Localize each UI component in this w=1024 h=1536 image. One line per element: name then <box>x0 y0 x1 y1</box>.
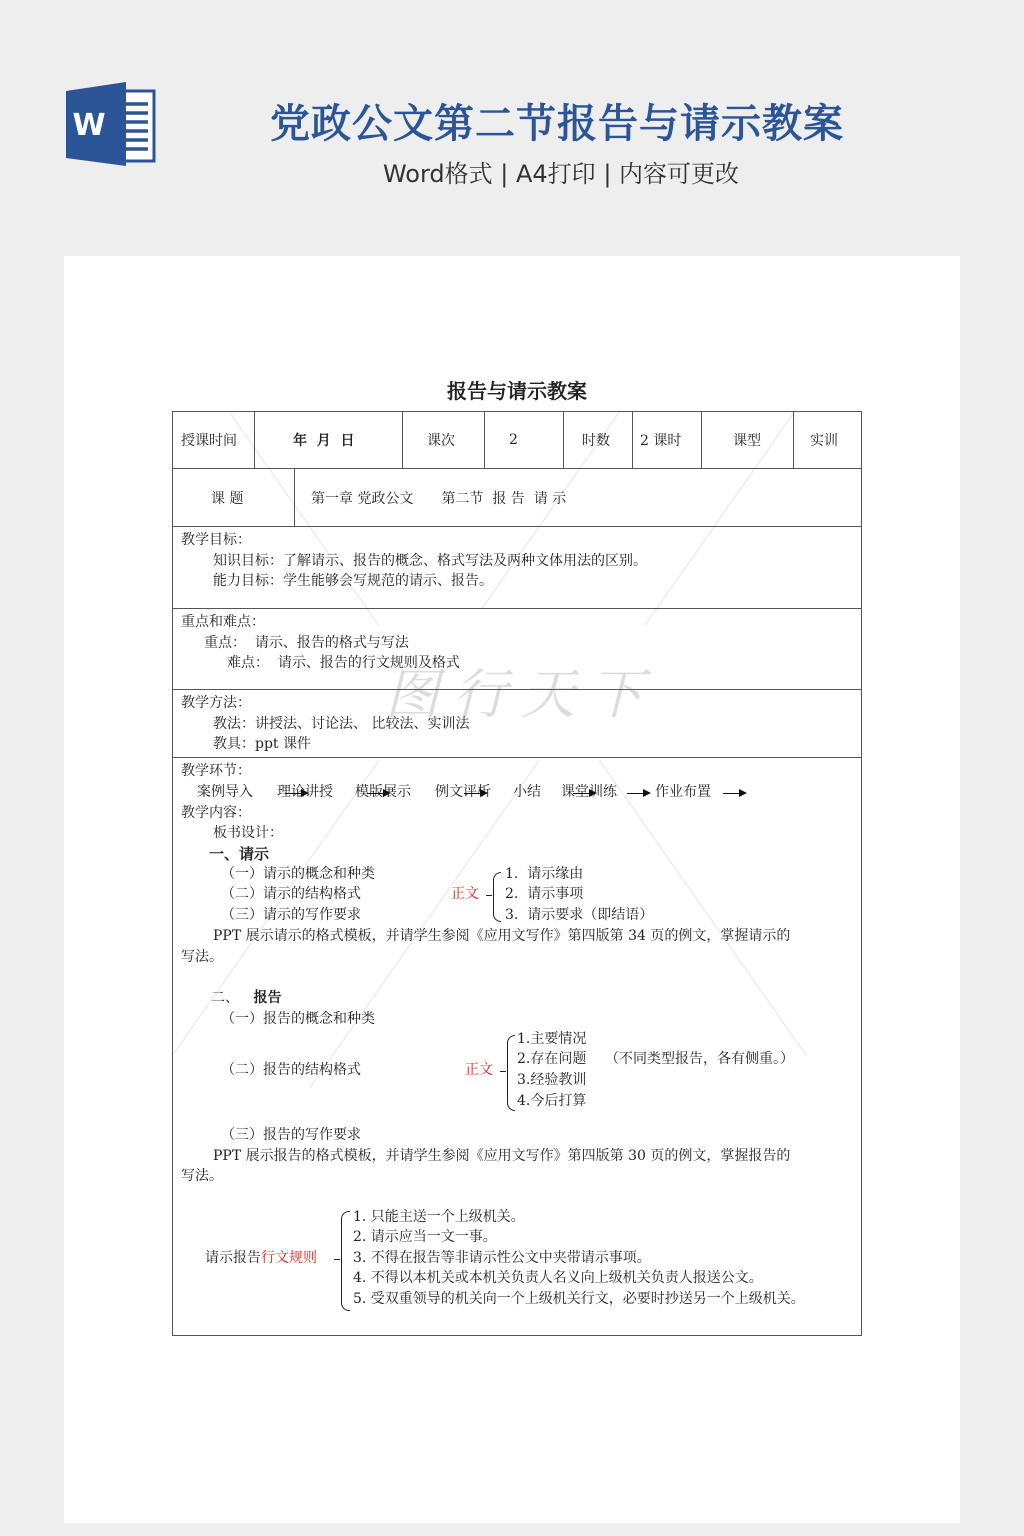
rule-item: 2. 请示应当一文一事。 <box>353 1227 497 1248</box>
difficult-point: 难点： 请示、报告的行文规则及格式 <box>181 653 853 674</box>
rules-label-red: 行文规则 <box>261 1250 317 1266</box>
rules-label-prefix: 请示报告 <box>205 1250 261 1266</box>
section2-body-item: 1.主要情况 <box>517 1029 586 1050</box>
section1-title: 一、请示 <box>181 844 853 865</box>
rule-item: 1. 只能主送一个上级机关。 <box>353 1207 525 1228</box>
arrow-icon <box>627 793 649 795</box>
topic-row: 课 题 第一章 党政公文 第二节 报 告 请 示 <box>173 469 861 527</box>
section2-title: 报告 <box>253 990 281 1006</box>
brace-tip <box>500 1071 506 1072</box>
key-points-heading: 重点和难点： <box>181 612 853 633</box>
teaching-tools: 教具：ppt 课件 <box>181 734 853 755</box>
topic-label: 课 题 <box>211 469 243 526</box>
section2-item: （二）报告的结构格式 <box>221 1060 361 1081</box>
objective-knowledge: 知识目标：了解请示、报告的概念、格式写法及两种文体用法的区别。 <box>181 551 853 572</box>
page-title: 党政公文第二节报告与请示教案 <box>0 92 1024 149</box>
hours-label: 时数 <box>582 412 610 468</box>
section1-note-cont: 写法。 <box>181 947 853 968</box>
hours-value: 2 课时 <box>640 412 681 468</box>
brace-icon <box>493 872 501 922</box>
section2-item: （三）报告的写作要求 <box>181 1125 853 1146</box>
brace-icon <box>341 1211 350 1311</box>
content-section: 教学环节： 案例导入 理论讲授 模版展示 例文评析 小结 课堂训练 作业布置 教… <box>173 758 861 1335</box>
process-flow: 案例导入 理论讲授 模版展示 例文评析 小结 课堂训练 作业布置 <box>181 782 853 803</box>
objectives-heading: 教学目标： <box>181 530 853 551</box>
arrow-icon <box>464 793 486 795</box>
section2-body-note: （不同类型报告，各有侧重。） <box>605 1049 794 1070</box>
arrow-icon <box>573 793 595 795</box>
brace-tip <box>486 895 492 896</box>
brace-icon <box>507 1035 515 1111</box>
section2-item: （一）报告的概念和种类 <box>181 1009 853 1030</box>
section2-note-cont: 写法。 <box>181 1166 853 1187</box>
time-label: 授课时间 <box>181 412 237 468</box>
arrow-icon <box>723 793 745 795</box>
time-value: 年 月 日 <box>293 412 355 468</box>
brace-tip <box>334 1259 340 1260</box>
content-heading: 教学内容： <box>181 803 853 824</box>
section1-body-item: 3. 请示要求（即结语） <box>505 905 653 926</box>
rule-item: 3. 不得在报告等非请示性公文中夹带请示事项。 <box>353 1248 651 1269</box>
session-label: 课次 <box>427 412 455 468</box>
section2-note: PPT 展示报告的格式模板，并请学生参阅《应用文写作》第四版第 30 页的例文，… <box>181 1146 853 1167</box>
page-subtitle: Word格式 | A4打印 | 内容可更改 <box>0 154 1024 189</box>
objective-ability: 能力目标：学生能够会写规范的请示、报告。 <box>181 571 853 592</box>
board-design-label: 板书设计： <box>181 823 853 844</box>
session-value: 2 <box>509 412 518 468</box>
methods-section: 教学方法： 教法：讲授法、讨论法、 比较法、实训法 教具：ppt 课件 <box>173 690 861 758</box>
section2-body-label: 正文 <box>465 1060 493 1081</box>
methods-heading: 教学方法： <box>181 693 853 714</box>
section2-num: 二、 <box>211 990 239 1006</box>
section1-body-item: 2. 请示事项 <box>505 884 583 905</box>
section2-body-item: 4.今后打算 <box>517 1091 586 1112</box>
arrow-icon <box>367 793 389 795</box>
rule-item: 4. 不得以本机关或本机关负责人名义向上级机关负责人报送公文。 <box>353 1268 763 1289</box>
arrow-icon <box>285 793 307 795</box>
section2-body-item: 3.经验教训 <box>517 1070 586 1091</box>
rules-label: 请示报告行文规则 <box>205 1248 317 1269</box>
rules-structure: 请示报告行文规则 1. 只能主送一个上级机关。 2. 请示应当一文一事。 3. … <box>181 1207 853 1317</box>
section1-item: （二）请示的结构格式 <box>221 884 361 905</box>
section1-item: （一）请示的概念和种类 <box>221 864 375 885</box>
process-heading: 教学环节： <box>181 761 853 782</box>
section2-title-row: 二、 报告 <box>181 988 853 1009</box>
section1-item: （三）请示的写作要求 <box>221 905 361 926</box>
key-points-section: 重点和难点： 重点： 请示、报告的格式与写法 难点： 请示、报告的行文规则及格式 <box>173 609 861 690</box>
type-value: 实训 <box>810 412 838 468</box>
teaching-methods: 教法：讲授法、讨论法、 比较法、实训法 <box>181 714 853 735</box>
key-point: 重点： 请示、报告的格式与写法 <box>181 633 853 654</box>
process-step: 案例导入 <box>197 782 253 803</box>
section2-body-item: 2.存在问题 <box>517 1049 586 1070</box>
rule-item: 5. 受双重领导的机关向一个上级机关行文，必要时抄送另一个上级机关。 <box>353 1289 805 1310</box>
topic-value: 第一章 党政公文 第二节 报 告 请 示 <box>311 469 566 526</box>
process-step: 作业布置 <box>655 782 711 803</box>
section1-body-item: 1. 请示缘由 <box>505 864 583 885</box>
lesson-plan-table: 授课时间 年 月 日 课次 2 时数 2 课时 课型 实训 课 题 第一章 党政… <box>172 411 862 1336</box>
section1-body-label: 正文 <box>451 884 479 905</box>
type-label: 课型 <box>733 412 761 468</box>
document-title: 报告与请示教案 <box>172 375 862 404</box>
section2-structure: （二）报告的结构格式 正文 1.主要情况 2.存在问题 （不同类型报告，各有侧重… <box>181 1029 853 1113</box>
info-row: 授课时间 年 月 日 课次 2 时数 2 课时 课型 实训 <box>173 412 861 469</box>
section1-structure: （一）请示的概念和种类 （二）请示的结构格式 （三）请示的写作要求 正文 1. … <box>181 864 853 926</box>
process-step: 小结 <box>513 782 541 803</box>
section1-note: PPT 展示请示的格式模板，并请学生参阅《应用文写作》第四版第 34 页的例文，… <box>181 926 853 947</box>
objectives-section: 教学目标： 知识目标：了解请示、报告的概念、格式写法及两种文体用法的区别。 能力… <box>173 527 861 609</box>
